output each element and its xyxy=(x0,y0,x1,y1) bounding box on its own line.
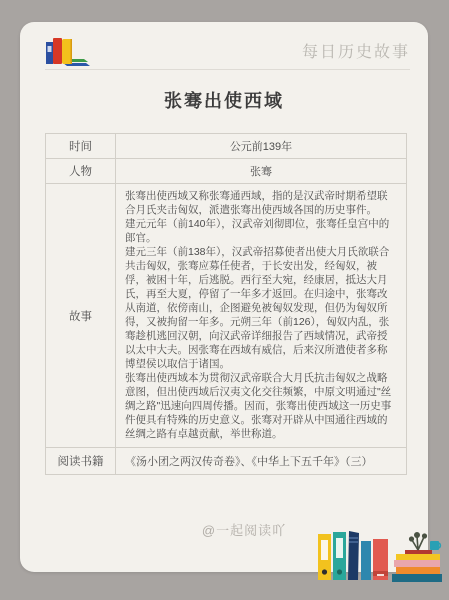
story-paragraph: 张骞出使西域又称张骞通西域，指的是汉武帝时期希望联合月氏夹击匈奴，派遣张骞出使西… xyxy=(125,189,397,217)
row-value-person: 张骞 xyxy=(116,159,407,184)
row-value-time: 公元前139年 xyxy=(116,134,407,159)
bookshelf-illustration xyxy=(318,528,444,584)
card-header: 每日历史故事 xyxy=(45,22,410,70)
row-value-books: 《汤小团之两汉传奇卷》、《中华上下五千年》（三） xyxy=(116,448,407,475)
books-stack-icon xyxy=(45,35,91,67)
row-value-story: 张骞出使西域又称张骞通西域，指的是汉武帝时期希望联合月氏夹击匈奴，派遣张骞出使西… xyxy=(116,184,407,448)
table-row-story: 故事 张骞出使西域又称张骞通西域，指的是汉武帝时期希望联合月氏夹击匈奴，派遣张骞… xyxy=(46,184,407,448)
row-label-story: 故事 xyxy=(46,184,116,448)
row-label-time: 时间 xyxy=(46,134,116,159)
row-label-person: 人物 xyxy=(46,159,116,184)
info-table: 时间 公元前139年 人物 张骞 故事 张骞出使西域又称张骞通西域，指的是汉武帝… xyxy=(45,133,407,475)
story-paragraph: 张骞出使西域本为贯彻汉武帝联合大月氏抗击匈奴之战略意图，但出使西域后汉夷文化交往… xyxy=(125,371,397,441)
page-title: 张骞出使西域 xyxy=(20,87,428,113)
story-card: 每日历史故事 张骞出使西域 时间 公元前139年 人物 张骞 故事 张骞出使西域… xyxy=(20,22,428,572)
table-row-time: 时间 公元前139年 xyxy=(46,134,407,159)
table-row-person: 人物 张骞 xyxy=(46,159,407,184)
page-background: 每日历史故事 张骞出使西域 时间 公元前139年 人物 张骞 故事 张骞出使西域… xyxy=(0,0,449,600)
story-paragraph: 建元三年（前138年），汉武帝招募使者出使大月氏欲联合共击匈奴，张骞应募任使者，… xyxy=(125,245,397,371)
table-row-books: 阅读书籍 《汤小团之两汉传奇卷》、《中华上下五千年》（三） xyxy=(46,448,407,475)
brand-title: 每日历史故事 xyxy=(302,39,410,62)
row-label-books: 阅读书籍 xyxy=(46,448,116,475)
story-paragraph: 建元元年（前140年），汉武帝刘彻即位，张骞任皇宫中的郎官。 xyxy=(125,217,397,245)
